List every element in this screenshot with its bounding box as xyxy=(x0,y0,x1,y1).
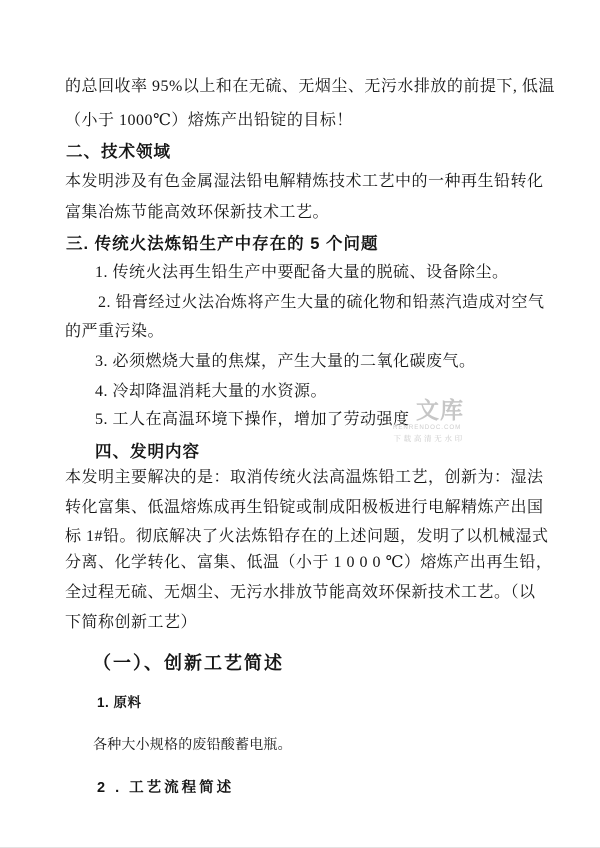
watermark-tagline: 下载高清无水印 xyxy=(388,435,468,444)
subsection-1-item-1-heading: 1. 原料 xyxy=(97,695,142,712)
section-2-line-2: 富集冶炼节能高效环保新技术工艺。 xyxy=(65,203,329,223)
section-3-heading: 三. 传统火法炼铅生产中存在的 5 个问题 xyxy=(66,234,379,255)
section-4-line-5: 全过程无硫、无烟尘、无污水排放节能高效环保新技术工艺。（以 xyxy=(65,583,536,603)
section-4-line-1: 本发明主要解决的是：取消传统火法高温炼铅工艺，创新为：湿法 xyxy=(65,468,544,488)
section-2-line-1: 本发明涉及有色金属湿法铅电解精炼技术工艺中的一种再生铅转化 xyxy=(65,172,544,192)
section-3-item-3: 3. 必须燃烧大量的焦煤，产生大量的二氧化碳废气。 xyxy=(95,352,476,372)
section-2-heading: 二、技术领域 xyxy=(66,142,171,163)
section-4-line-4: 分离、化学转化、富集、低温（小于 1 0 0 0 ℃）熔炼产出再生铅， xyxy=(65,553,552,573)
section-3-item-1: 1. 传统火法再生铅生产中要配备大量的脱硫、设备除尘。 xyxy=(95,263,509,283)
section-3-item-4: 4. 冷却降温消耗大量的水资源。 xyxy=(95,382,327,402)
section-4-line-2: 转化富集、低温熔炼成再生铅锭或制成阳极板进行电解精炼产出国 xyxy=(65,498,544,518)
subsection-1-heading: （一）、创新工艺简述 xyxy=(93,652,284,675)
document-page: 的总回收率 95%以上和在无硫、无烟尘、无污水排放的前提下, 低温 （小于 10… xyxy=(0,0,600,848)
intro-line-2: （小于 1000℃）熔炼产出铅锭的目标！ xyxy=(65,111,353,131)
subsection-1-item-1-text: 各种大小规格的废铅酸蓄电瓶。 xyxy=(93,737,292,755)
intro-line-1: 的总回收率 95%以上和在无硫、无烟尘、无污水排放的前提下, 低温 xyxy=(65,77,555,97)
section-4-heading: 四、发明内容 xyxy=(95,442,200,463)
subsection-1-item-2-heading: 2 . 工艺流程简述 xyxy=(97,779,234,797)
section-3-item-2: 2. 铅膏经过火法冶炼将产生大量的硫化物和铅蒸汽造成对空气 xyxy=(98,293,545,313)
section-3-item-5: 5. 工人在高温环境下操作，增加了劳动强度 xyxy=(95,410,410,430)
section-4-line-3: 标 1#铅。彻底解决了火法炼铅存在的上述问题，发明了以机械湿式 xyxy=(65,527,549,547)
section-4-line-6: 下简称创新工艺） xyxy=(65,613,197,633)
section-3-item-2-cont: 的严重污染。 xyxy=(65,322,164,342)
